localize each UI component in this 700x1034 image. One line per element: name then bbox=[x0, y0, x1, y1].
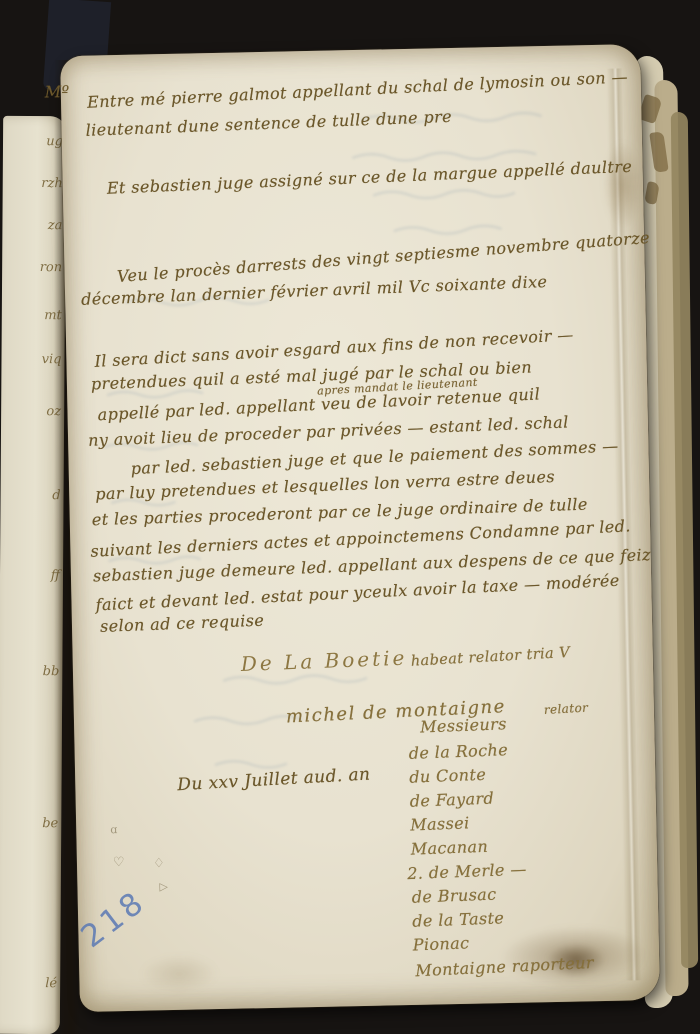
stain bbox=[139, 953, 220, 995]
councillor-name: de la Taste bbox=[412, 908, 505, 931]
body-line: selon ad ce requise bbox=[100, 611, 265, 636]
header-line: lieutenant dune sentence de tulle dune p… bbox=[85, 107, 452, 140]
manuscript-page: Mº Entre mé pierre galmot appellant du s… bbox=[60, 44, 660, 1012]
stain bbox=[602, 140, 644, 231]
doodle-heart: ♢ bbox=[153, 856, 165, 871]
councillor-name: 2. de Merle — bbox=[407, 860, 527, 884]
councillor-name: de Fayard bbox=[409, 789, 494, 811]
margin-mark: Mº bbox=[45, 82, 70, 102]
councillor-name: Pionac bbox=[412, 933, 469, 954]
doodle-mark: ɑ bbox=[110, 823, 117, 836]
councillor-name: de la Roche bbox=[408, 740, 508, 763]
councillor-name: du Conte bbox=[409, 765, 487, 787]
signature-la-boetie: De La Boetie bbox=[240, 646, 407, 676]
doodle-triangle: ▷ bbox=[159, 880, 168, 893]
header-line: Et sebastien juge assigné sur ce de la m… bbox=[106, 157, 632, 198]
councillors-heading: Messieurs bbox=[420, 714, 507, 736]
doodle-heart: ♡ bbox=[113, 855, 125, 870]
councillor-name: Massei bbox=[410, 813, 470, 834]
folio-number: 218 bbox=[74, 883, 152, 955]
montaigne-role-label: relator bbox=[543, 700, 588, 716]
session-date-note: Du xxv Juillet aud. an bbox=[177, 764, 371, 795]
councillor-name: Macanan bbox=[410, 837, 488, 859]
la-boetie-annotation: habeat relator tria V bbox=[410, 645, 570, 670]
header-line: Entre mé pierre galmot appellant du scha… bbox=[87, 67, 629, 111]
councillor-name: de Brusac bbox=[411, 884, 496, 906]
